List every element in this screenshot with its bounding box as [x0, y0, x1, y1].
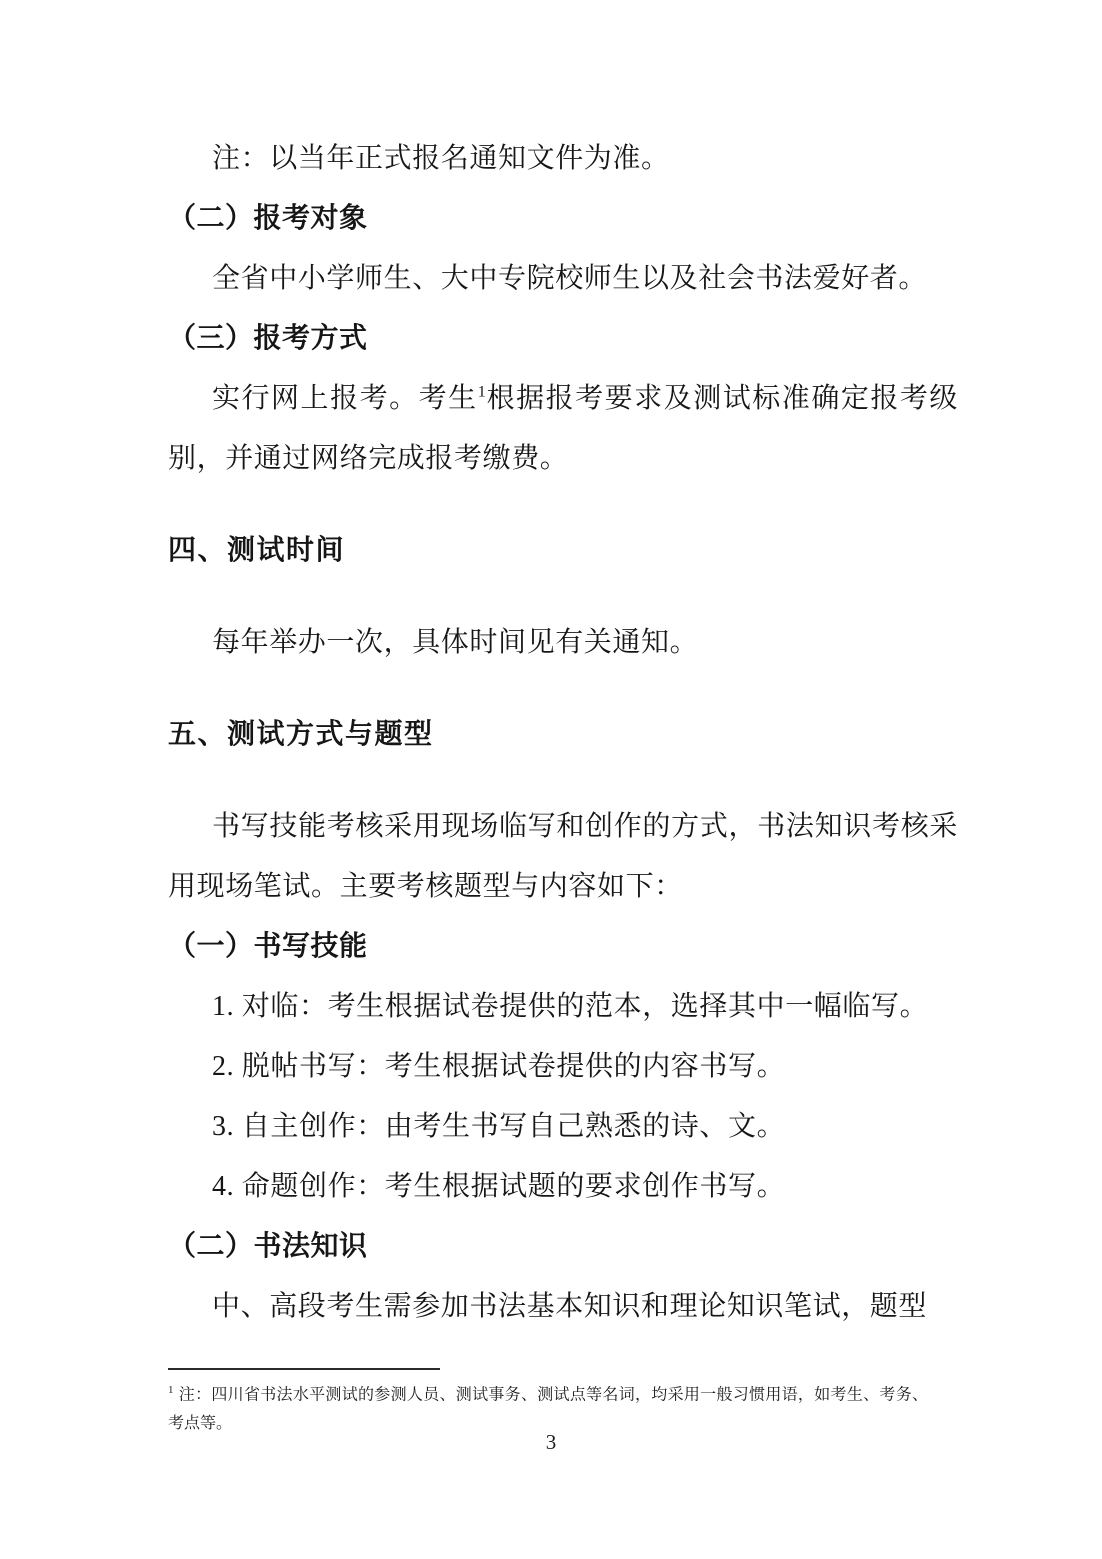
- list-item: 3. 自主创作：由考生书写自己熟悉的诗、文。: [168, 1097, 958, 1157]
- paragraph: 实行网上报考。考生1根据报考要求及测试标准确定报考级别，并通过网络完成报考缴费。: [168, 369, 958, 489]
- section-heading: （三）报考方式: [168, 309, 958, 369]
- paragraph: 每年举办一次，具体时间见有关通知。: [168, 613, 958, 673]
- list-item: 1. 对临：考生根据试卷提供的范本，选择其中一幅临写。: [168, 977, 958, 1037]
- section-heading: （二）书法知识: [168, 1217, 958, 1277]
- text-run: 实行网上报考。考生: [212, 383, 478, 414]
- page-number: 3: [0, 1430, 1102, 1455]
- footnote-separator-line: [168, 1368, 440, 1370]
- list-item: 2. 脱帖书写：考生根据试卷提供的内容书写。: [168, 1037, 958, 1097]
- document-body: 注：以当年正式报名通知文件为准。（二）报考对象全省中小学师生、大中专院校师生以及…: [168, 129, 958, 1337]
- footnote-body: 注：四川省书法水平测试的参测人员、测试事务、测试点等名词，均采用一般习惯用语，如…: [168, 1386, 928, 1432]
- footnote-reference: 1: [478, 384, 486, 401]
- chapter-heading: 四、测试时间: [168, 521, 958, 581]
- section-heading: （一）书写技能: [168, 917, 958, 977]
- document-page: 注：以当年正式报名通知文件为准。（二）报考对象全省中小学师生、大中专院校师生以及…: [0, 0, 1102, 1559]
- paragraph: 全省中小学师生、大中专院校师生以及社会书法爱好者。: [168, 249, 958, 309]
- footnote-text: 1注：四川省书法水平测试的参测人员、测试事务、测试点等名词，均采用一般习惯用语，…: [168, 1376, 928, 1438]
- chapter-heading: 五、测试方式与题型: [168, 705, 958, 765]
- list-item: 4. 命题创作：考生根据试题的要求创作书写。: [168, 1157, 958, 1217]
- paragraph: 中、高段考生需参加书法基本知识和理论知识笔试，题型: [168, 1277, 958, 1337]
- paragraph: 书写技能考核采用现场临写和创作的方式，书法知识考核采用现场笔试。主要考核题型与内…: [168, 797, 958, 917]
- footnote-marker: 1: [168, 1384, 174, 1396]
- footnote-area: 1注：四川省书法水平测试的参测人员、测试事务、测试点等名词，均采用一般习惯用语，…: [168, 1368, 928, 1438]
- section-heading: （二）报考对象: [168, 189, 958, 249]
- paragraph: 注：以当年正式报名通知文件为准。: [168, 129, 958, 189]
